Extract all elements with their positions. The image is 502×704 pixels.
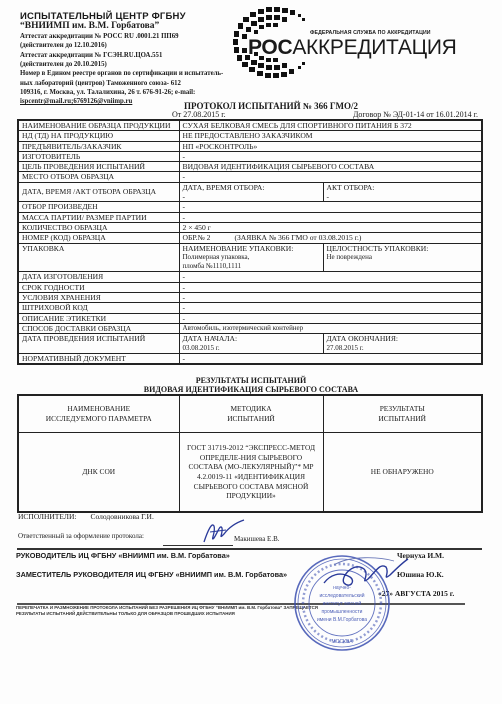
nd-value: НЕ ПРЕДОСТАВЛЕНО ЗАКАЗЧИКОМ bbox=[179, 131, 482, 141]
mfg-date-value: - bbox=[179, 272, 482, 282]
sample-info-table: НАИМЕНОВАНИЕ ОБРАЗЦА ПРОДУКЦИИ СУХАЯ БЕЛ… bbox=[17, 119, 483, 365]
table-row: КОЛИЧЕСТВО ОБРАЗЦА 2 × 450 г bbox=[18, 222, 482, 232]
registry-line: ных лабораторий (центров) Таможенного со… bbox=[20, 79, 250, 88]
accreditation-validity: (действителен до 20.10.2015) bbox=[20, 60, 250, 69]
table-row: СПОСОБ ДОСТАВКИ ОБРАЗЦА Автомобиль, изот… bbox=[18, 323, 482, 333]
table-row: ДНК СОИ ГОСТ 31719-2012 “ЭКСПРЕСС-МЕТОД … bbox=[18, 433, 482, 513]
shelf-life-label: СРОК ГОДНОСТИ bbox=[18, 282, 179, 292]
footer-line: ПЕРЕПЕЧАТКА И РАЗМНОЖЕНИЕ ПРОТОКОЛА ИСПЫ… bbox=[16, 605, 318, 611]
sampled-by-value: - bbox=[179, 202, 482, 212]
head-title: РУКОВОДИТЕЛЬ ИЦ ФГБНУ «ВНИИМП им. В.М. Г… bbox=[16, 551, 230, 560]
sampling-dt-value: - bbox=[183, 192, 320, 201]
sampled-by-label: ОТБОР ПРОИЗВЕДЕН bbox=[18, 202, 179, 212]
table-row: ИЗГОТОВИТЕЛЬ - bbox=[18, 151, 482, 161]
org-subname: “ВНИИМП им. В.М. Горбатова” bbox=[20, 22, 250, 32]
table-row: ШТРИХОВОЙ КОД - bbox=[18, 303, 482, 313]
results-subheading: ВИДОВАЯ ИДЕНТИФИКАЦИЯ СЫРЬЕВОГО СОСТАВА bbox=[0, 385, 502, 394]
package-seal-value: пломба №1110,1111 bbox=[183, 262, 320, 271]
sampling-act-value: - bbox=[327, 192, 479, 201]
table-row: СРОК ГОДНОСТИ - bbox=[18, 282, 482, 292]
contract-number: Договор № ЭД-01-14 от 16.01.2014 г. bbox=[353, 110, 478, 119]
org-header: ИСПЫТАТЕЛЬНЫЙ ЦЕНТР ФГБНУ “ВНИИМП им. В.… bbox=[20, 12, 250, 107]
logo-rest-part: АККРЕДИТАЦИЯ bbox=[292, 36, 456, 59]
sample-name-value: СУХАЯ БЕЛКОВАЯ СМЕСЬ ДЛЯ СПОРТИВНОГО ПИТ… bbox=[179, 120, 482, 131]
code-value: ОБР.№ 2 bbox=[183, 233, 211, 242]
sampling-place-value: - bbox=[179, 172, 482, 182]
label-desc-value: - bbox=[179, 313, 482, 323]
address-line: 109316, г. Москва, ул. Талалихина, 26 т.… bbox=[20, 88, 250, 97]
end-date-cell: ДАТА ОКОНЧАНИЯ:27.08.2015 г. bbox=[323, 334, 482, 354]
result-cell: НЕ ОБНАРУЖЕНО bbox=[323, 433, 482, 513]
storage-label: УСЛОВИЯ ХРАНЕНИЯ bbox=[18, 293, 179, 303]
barcode-label: ШТРИХОВОЙ КОД bbox=[18, 303, 179, 313]
package-name-value: Полимерная упаковка, bbox=[183, 253, 320, 262]
end-date-value: 27.08.2015 г. bbox=[327, 344, 479, 353]
deputy-title: ЗАМЕСТИТЕЛЬ РУКОВОДИТЕЛЯ ИЦ ФГБНУ «ВНИИМ… bbox=[16, 570, 287, 579]
storage-value: - bbox=[179, 293, 482, 303]
results-heading: РЕЗУЛЬТАТЫ ИСПЫТАНИЙ bbox=[0, 376, 502, 385]
package-label: УПАКОВКА bbox=[18, 243, 179, 272]
table-row: ДАТА ПРОВЕДЕНИЯ ИСПЫТАНИЙ ДАТА НАЧАЛА:03… bbox=[18, 334, 482, 354]
registry-line: Номер в Едином реестре органов по сертиф… bbox=[20, 69, 250, 78]
package-name-cell: НАИМЕНОВАНИЕ УПАКОВКИ:Полимерная упаковк… bbox=[179, 243, 323, 272]
delivery-label: СПОСОБ ДОСТАВКИ ОБРАЗЦА bbox=[18, 323, 179, 333]
table-row: НАИМЕНОВАНИЕ ОБРАЗЦА ПРОДУКЦИИ СУХАЯ БЕЛ… bbox=[18, 120, 482, 131]
column-header-parameter: НАИМЕНОВАНИЕ ИССЛЕДУЕМОГО ПАРАМЕТРА bbox=[18, 395, 179, 433]
end-date-sublabel: ДАТА ОКОНЧАНИЯ: bbox=[327, 334, 479, 343]
start-date-sublabel: ДАТА НАЧАЛА: bbox=[183, 334, 320, 343]
nd-label: НД (ТД) НА ПРОДУКЦИЮ bbox=[18, 131, 179, 141]
table-row: ДАТА, ВРЕМЯ /АКТ ОТБОРА ОБРАЗЦА ДАТА, ВР… bbox=[18, 182, 482, 202]
sampling-place-label: МЕСТО ОТБОРА ОБРАЗЦА bbox=[18, 172, 179, 182]
accreditation-line: Аттестат аккредитации № РОСС RU .0001.21… bbox=[20, 32, 250, 41]
delivery-value: Автомобиль, изотермический контейнер bbox=[179, 323, 482, 333]
customer-value: НП «РОСКОНТРОЛЬ» bbox=[179, 141, 482, 151]
footer-line: РЕЗУЛЬТАТЫ ИСПЫТАНИЙ ДЕЙСТВИТЕЛЬНЫ ТОЛЬК… bbox=[16, 611, 318, 617]
purpose-label: ЦЕЛЬ ПРОВЕДЕНИЯ ИСПЫТАНИЙ bbox=[18, 162, 179, 172]
purpose-value: ВИДОВАЯ ИДЕНТИФИКАЦИЯ СЫРЬЕВОГО СОСТАВА bbox=[179, 162, 482, 172]
manufacturer-label: ИЗГОТОВИТЕЛЬ bbox=[18, 151, 179, 161]
method-cell: ГОСТ 31719-2012 “ЭКСПРЕСС-МЕТОД ОПРЕДЕЛЕ… bbox=[179, 433, 323, 513]
results-header-row: НАИМЕНОВАНИЕ ИССЛЕДУЕМОГО ПАРАМЕТРА МЕТО… bbox=[18, 395, 482, 433]
package-integrity-value: Не повреждена bbox=[327, 253, 479, 262]
table-row: ДАТА ИЗГОТОВЛЕНИЯ - bbox=[18, 272, 482, 282]
stamp-text: имени В.М.Горбатова bbox=[317, 617, 367, 623]
parameter-cell: ДНК СОИ bbox=[18, 433, 179, 513]
divider bbox=[17, 548, 482, 550]
code-cell: ОБР.№ 2(ЗАЯВКА № 366 ГМО от 03.08.2015 г… bbox=[179, 233, 482, 243]
package-integrity-sublabel: ЦЕЛОСТНОСТЬ УПАКОВКИ: bbox=[327, 244, 479, 253]
stamp-text: институт мясной bbox=[323, 600, 362, 607]
norm-doc-value: - bbox=[179, 353, 482, 364]
request-reference: (ЗАЯВКА № 366 ГМО от 03.08.2015 г.) bbox=[234, 233, 361, 242]
stamp-text: МОСКВА bbox=[331, 639, 353, 645]
table-row: ПРЕДЪЯВИТЕЛЬ/ЗАКАЗЧИК НП «РОСКОНТРОЛЬ» bbox=[18, 141, 482, 151]
shelf-life-value: - bbox=[179, 282, 482, 292]
batch-value: - bbox=[179, 212, 482, 222]
table-row: МАССА ПАРТИИ/ РАЗМЕР ПАРТИИ - bbox=[18, 212, 482, 222]
mfg-date-label: ДАТА ИЗГОТОВЛЕНИЯ bbox=[18, 272, 179, 282]
table-row: УСЛОВИЯ ХРАНЕНИЯ - bbox=[18, 293, 482, 303]
performers-label: ИСПОЛНИТЕЛИ: bbox=[18, 512, 76, 521]
start-date-cell: ДАТА НАЧАЛА:03.08.2015 г. bbox=[179, 334, 323, 354]
norm-doc-label: НОРМАТИВНЫЙ ДОКУМЕНТ bbox=[18, 353, 179, 364]
responsible-name: Макишева Е.В. bbox=[234, 535, 280, 543]
director-signature-icon bbox=[320, 555, 410, 595]
performers-line: ИСПОЛНИТЕЛИ:Солодовникова Г.И. bbox=[18, 512, 154, 521]
label-desc-label: ОПИСАНИЕ ЭТИКЕТКИ bbox=[18, 313, 179, 323]
logo-bold-part: РОС bbox=[248, 36, 292, 59]
package-name-sublabel: НАИМЕНОВАНИЕ УПАКОВКИ: bbox=[183, 244, 320, 253]
table-row: НОМЕР (КОД) ОБРАЗЦА ОБР.№ 2(ЗАЯВКА № 366… bbox=[18, 233, 482, 243]
barcode-value: - bbox=[179, 303, 482, 313]
test-dates-label: ДАТА ПРОВЕДЕНИЯ ИСПЫТАНИЙ bbox=[18, 334, 179, 354]
code-label: НОМЕР (КОД) ОБРАЗЦА bbox=[18, 233, 179, 243]
quantity-label: КОЛИЧЕСТВО ОБРАЗЦА bbox=[18, 222, 179, 232]
accreditation-line: Аттестат аккредитации № ГСЭН.RU.ЦОА.551 bbox=[20, 51, 250, 60]
footer-notice: ПЕРЕПЕЧАТКА И РАЗМНОЖЕНИЕ ПРОТОКОЛА ИСПЫ… bbox=[16, 605, 318, 616]
logo-wordmark: РОСАККРЕДИТАЦИЯ bbox=[248, 36, 456, 60]
table-row: ЦЕЛЬ ПРОВЕДЕНИЯ ИСПЫТАНИЙ ВИДОВАЯ ИДЕНТИ… bbox=[18, 162, 482, 172]
sampling-act-sublabel: АКТ ОТБОРА: bbox=[327, 183, 479, 192]
sampling-act-cell: АКТ ОТБОРА:- bbox=[323, 182, 482, 202]
table-row: НД (ТД) НА ПРОДУКЦИЮ НЕ ПРЕДОСТАВЛЕНО ЗА… bbox=[18, 131, 482, 141]
table-row: УПАКОВКА НАИМЕНОВАНИЕ УПАКОВКИ:Полимерна… bbox=[18, 243, 482, 272]
column-header-method: МЕТОДИКА ИСПЫТАНИЙ bbox=[179, 395, 323, 433]
results-table: НАИМЕНОВАНИЕ ИССЛЕДУЕМОГО ПАРАМЕТРА МЕТО… bbox=[17, 394, 483, 513]
table-row: НОРМАТИВНЫЙ ДОКУМЕНТ - bbox=[18, 353, 482, 364]
performers-name: Солодовникова Г.И. bbox=[90, 512, 153, 521]
column-header-result: РЕЗУЛЬТАТЫ ИСПЫТАНИЙ bbox=[323, 395, 482, 433]
responsible-label: Ответственный за оформление протокола: bbox=[18, 532, 144, 540]
sample-name-label: НАИМЕНОВАНИЕ ОБРАЗЦА ПРОДУКЦИИ bbox=[18, 120, 179, 131]
accreditation-validity: (действителен до 12.10.2016) bbox=[20, 41, 250, 50]
sampling-dt-sublabel: ДАТА, ВРЕМЯ ОТБОРА: bbox=[183, 183, 320, 192]
customer-label: ПРЕДЪЯВИТЕЛЬ/ЗАКАЗЧИК bbox=[18, 141, 179, 151]
sampling-dt-label: ДАТА, ВРЕМЯ /АКТ ОТБОРА ОБРАЗЦА bbox=[18, 182, 179, 202]
protocol-date: От 27.08.2015 г. bbox=[172, 110, 226, 119]
package-integrity-cell: ЦЕЛОСТНОСТЬ УПАКОВКИ:Не повреждена bbox=[323, 243, 482, 272]
start-date-value: 03.08.2015 г. bbox=[183, 344, 320, 353]
table-row: ОПИСАНИЕ ЭТИКЕТКИ - bbox=[18, 313, 482, 323]
table-row: МЕСТО ОТБОРА ОБРАЗЦА - bbox=[18, 172, 482, 182]
table-row: ОТБОР ПРОИЗВЕДЕН - bbox=[18, 202, 482, 212]
batch-label: МАССА ПАРТИИ/ РАЗМЕР ПАРТИИ bbox=[18, 212, 179, 222]
quantity-value: 2 × 450 г bbox=[179, 222, 482, 232]
manufacturer-value: - bbox=[179, 151, 482, 161]
stamp-text: промышленности bbox=[322, 609, 363, 615]
sampling-dt-cell: ДАТА, ВРЕМЯ ОТБОРА:- bbox=[179, 182, 323, 202]
